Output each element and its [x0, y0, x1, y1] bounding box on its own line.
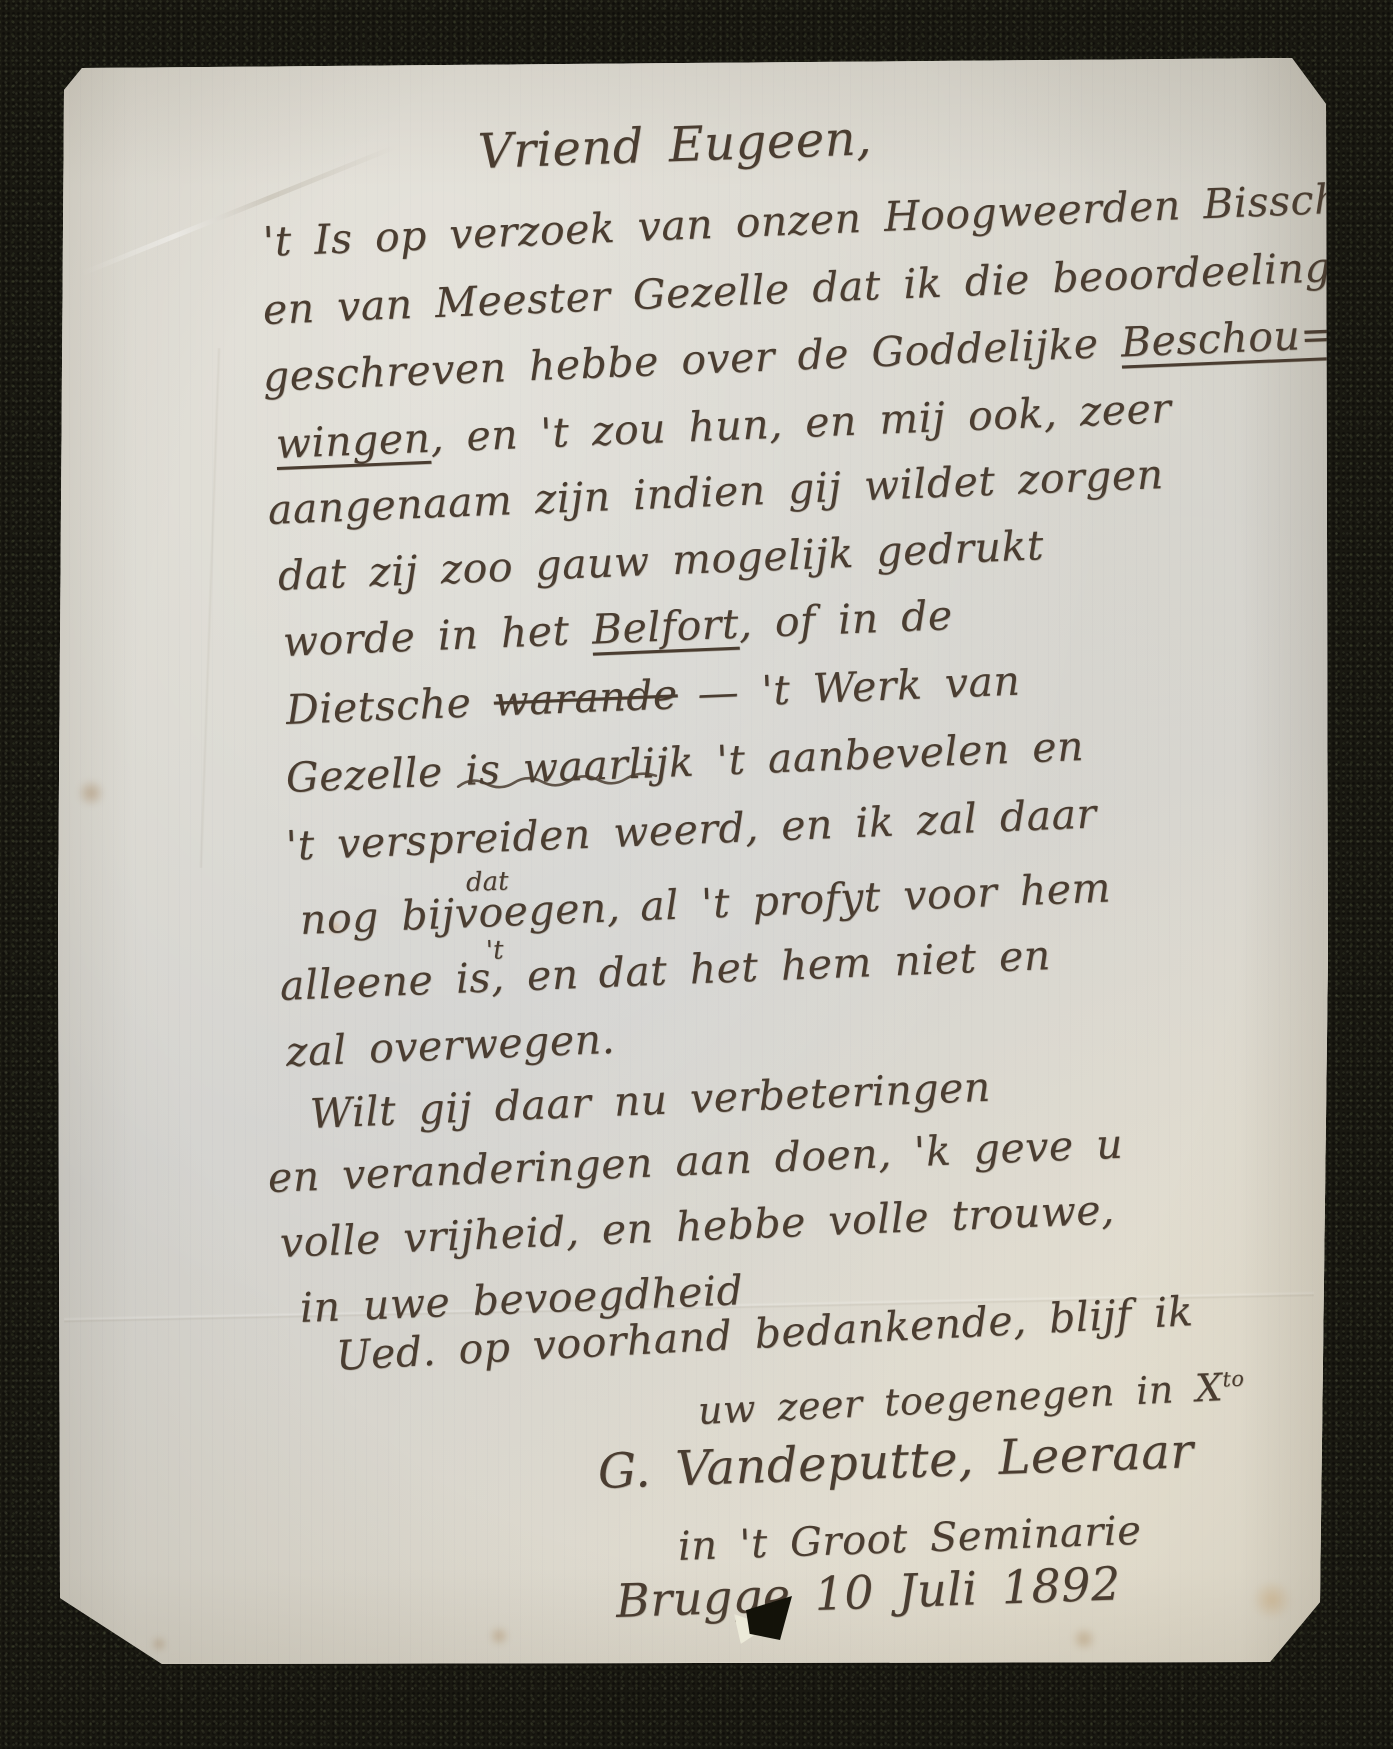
- letter-line: alleene is, endat het hem niet en: [279, 931, 1052, 1010]
- letter-line: volle vrijheid, en hebbe volle trouwe,: [279, 1186, 1115, 1267]
- stain: [488, 1626, 510, 1646]
- letter-line-segment: — 't Werk van: [697, 657, 1022, 718]
- stain: [78, 778, 104, 808]
- letter-line: 't verspreiden weerd, en ik zal daar: [285, 789, 1097, 870]
- letter-line-segment: nog bijvoegen,: [299, 883, 621, 944]
- letter-salutation: Vriend Eugeen,: [477, 110, 873, 180]
- letter-line-segment: geschreven hebbe over de Goddelijke: [262, 319, 1122, 401]
- letter-line-segment: worde in het: [282, 606, 593, 666]
- signature-name: G. Vandeputte, Leeraar: [597, 1423, 1195, 1500]
- paper-crease: [199, 348, 221, 868]
- letter-line: worde in het Belfort, of in de: [282, 591, 954, 666]
- letter-line: nog bijvoegen,al 't profyt voor hem: [299, 863, 1112, 944]
- struck-word: warande: [493, 670, 679, 725]
- letter-line-segment: al 't profyt voor hem: [639, 863, 1112, 930]
- letter-line-segment: , en 't zou hun, en mij ook, zeer: [429, 384, 1172, 462]
- stain: [150, 1636, 168, 1652]
- letter-line: Gezelle is waarlijk 't aanbevelen en: [285, 722, 1085, 802]
- superscript-abbreviation: to: [1222, 1367, 1245, 1392]
- letter-line: dat zij zoo gauw mogelijk gedrukt: [277, 521, 1045, 600]
- letter-line: uw zeer toegenegen in Xto: [697, 1364, 1246, 1433]
- underlined-title-fragment: Beschou=: [1120, 310, 1336, 367]
- underlined-journal-name: Belfort: [591, 600, 740, 654]
- stain: [1250, 1582, 1294, 1618]
- letter-line-segment: uw zeer toegenegen in X: [697, 1365, 1224, 1433]
- letter-line: Dietsche warande— 't Werk van: [285, 657, 1021, 734]
- letter-line-segment: dat het hem niet en: [598, 931, 1052, 997]
- underlined-title-fragment: wingen: [275, 414, 431, 468]
- stain: [1070, 1628, 1098, 1650]
- letter-paper: Vriend Eugeen, 't Is op verzoek van onze…: [58, 58, 1328, 1664]
- photo-background: { "letter": { "salutation": "Vriend Euge…: [0, 0, 1393, 1749]
- letter-line-segment: alleene is, en: [279, 950, 579, 1010]
- letter-line-segment: Dietsche: [285, 678, 495, 734]
- letter-line: zal overwegen.: [285, 1015, 616, 1076]
- letter-line-segment: , of in de: [738, 591, 954, 648]
- letter-line: Wilt gij daar nu verbeteringen: [309, 1063, 992, 1138]
